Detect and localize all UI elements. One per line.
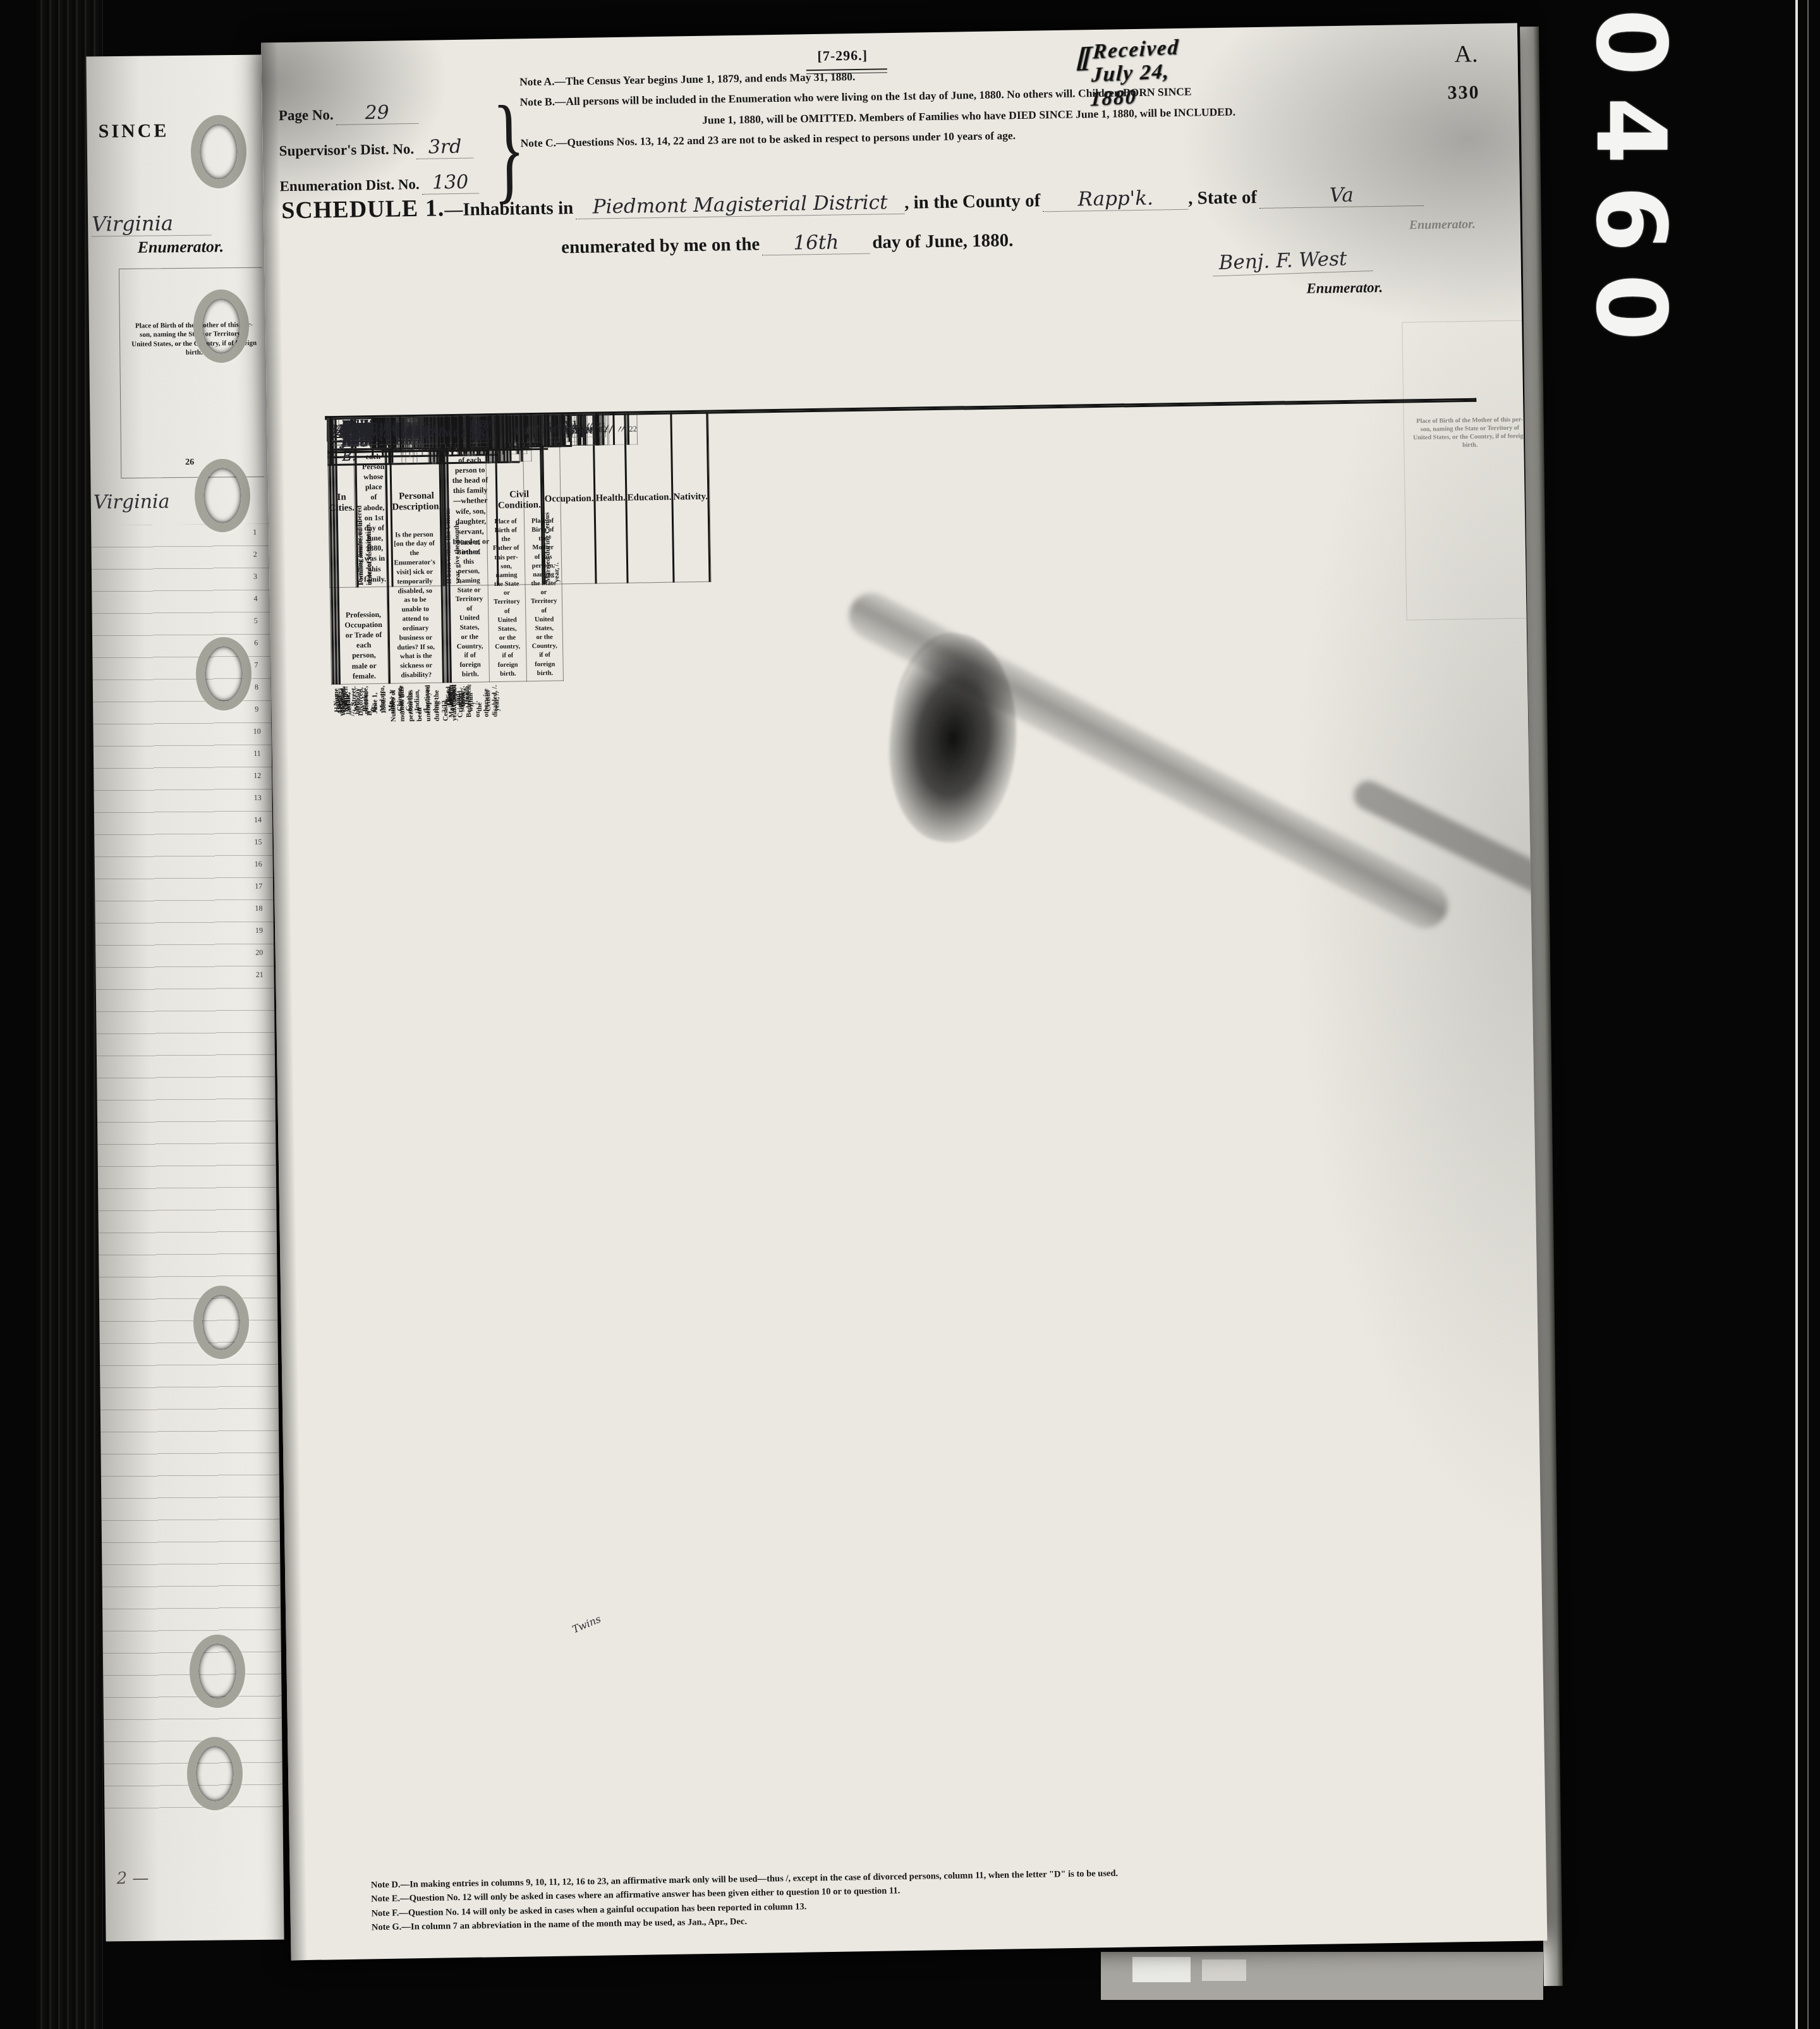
line-number: 45 — [562, 415, 571, 446]
schedule-title: SCHEDULE 1. — [281, 195, 445, 224]
binder-ring — [195, 459, 250, 532]
paper-fragment — [1202, 1959, 1246, 1981]
binder-ring — [196, 637, 252, 710]
enumeration-dist-value: 130 — [422, 171, 479, 194]
cell-sex: F — [413, 417, 422, 451]
footnotes: Note D.—In making entries in columns 9, … — [371, 1863, 1357, 1935]
prev-line-number: 16 — [250, 860, 267, 882]
corner-letter: A. — [1454, 40, 1478, 69]
enumerated-prefix: enumerated by me on the — [561, 234, 760, 257]
page-number-stamp: 330 — [1447, 82, 1480, 104]
prev-page-handwritten-virginia: Virginia — [92, 211, 211, 237]
prev-line-number: 5 — [248, 616, 264, 638]
enumeration-dist-label: Enumeration Dist. No. — [279, 176, 419, 194]
cell-occ: 〃 〃 — [469, 416, 496, 451]
cell-pob: 〃 — [614, 413, 627, 444]
district-handwritten: Piedmont Magisterial District — [576, 191, 905, 219]
film-scratch-line — [1795, 0, 1798, 2029]
binder-ring — [191, 115, 246, 188]
prev-line-number: 20 — [251, 948, 267, 970]
twins-annotation: Twins — [571, 1613, 603, 1636]
prev-line-number: 4 — [247, 594, 264, 616]
line-number: 23 — [596, 414, 605, 437]
schedule-inhabitants-label: —Inhabitants in — [444, 198, 573, 220]
cell-name: Cornelia A. — [331, 417, 400, 453]
cell-pob: 〃 — [547, 415, 561, 446]
microfilm-reel-number: 0460 — [1575, 9, 1687, 628]
cell-age: 12 — [422, 417, 437, 451]
cell-color: W — [400, 417, 413, 451]
county-handwritten: Rapp'k. — [1043, 186, 1189, 212]
enumerated-line: enumerated by me on the 16th day of June… — [561, 228, 1014, 259]
prev-line-number: 14 — [250, 815, 266, 838]
enumerator-signature: Benj. F. West — [1212, 247, 1373, 276]
page-no-label: Page No. — [279, 107, 334, 123]
supervisor-dist-label: Supervisor's Dist. No. — [279, 141, 415, 159]
prev-page-handwritten-virginia: Virginia — [94, 490, 170, 513]
cell-pob: 〃 — [581, 414, 595, 437]
prev-page-since-text: SINCE — [98, 120, 169, 142]
cell-rel: Dau — [437, 416, 461, 451]
binder-ring — [193, 1286, 249, 1359]
enumerated-suffix: day of June, 1880. — [872, 230, 1014, 253]
prev-line-number: 3 — [247, 572, 264, 594]
prev-line-number: 2 — [247, 550, 264, 572]
census-schedule-page: [7-296.] A. [[Received July 24, 1880 330… — [261, 23, 1547, 1961]
pencil-annotation: 2 — — [116, 1869, 149, 1889]
prev-line-number: 18 — [250, 904, 267, 926]
cell-pob: 〃 — [506, 415, 519, 449]
prev-line-number: 13 — [250, 793, 266, 815]
prev-line-number: 10 — [249, 727, 265, 749]
date-handwritten: 16th — [762, 231, 870, 256]
person-row: Cornelia A.WF12Dau/〃 〃〃50 — [327, 415, 531, 453]
prev-line-number: 15 — [250, 838, 266, 860]
previous-page-fragment: SINCE Virginia Enumerator. Place of Birt… — [86, 55, 284, 1942]
prev-line-number: 12 — [249, 771, 265, 793]
prev-line-number: 17 — [250, 882, 267, 904]
page-no-value: 29 — [336, 101, 418, 125]
county-label: , in the County of — [904, 190, 1041, 212]
form-number: [7-296.] — [817, 47, 868, 64]
prev-line-number: 6 — [248, 638, 264, 661]
paper-fragment — [1132, 1957, 1191, 1982]
prev-line-number: 8 — [248, 683, 265, 705]
group-nativity: Nativity. — [671, 412, 710, 582]
enumerator-label: Enumerator. — [1306, 279, 1383, 297]
form-notes: Note A.—The Census Year begins June 1, 1… — [519, 58, 1418, 154]
binder-ring — [190, 1635, 245, 1708]
district-block: Page No. 29 Supervisor's Dist. No. 3rd E… — [278, 90, 533, 202]
film-scratch-line — [1807, 0, 1809, 2029]
line-number: 50 — [521, 415, 530, 449]
prev-line-number: 19 — [251, 926, 267, 948]
binder-ring — [193, 289, 249, 363]
state-handwritten: Va — [1259, 183, 1424, 209]
prev-line-number: 11 — [249, 749, 265, 771]
supervisor-dist-value: 3rd — [416, 136, 474, 159]
census-table: In Cities. Dwelling houses numbered in o… — [325, 398, 1476, 420]
state-label: , State of — [1188, 187, 1257, 209]
line-number: 22 — [628, 413, 638, 444]
prev-page-enumerator-label: Enumerator. — [137, 237, 224, 257]
prev-line-number: 9 — [248, 705, 265, 727]
binder-ring — [187, 1737, 243, 1810]
prev-page-column-box — [119, 267, 264, 478]
bleed-through-enumerator-label: Enumerator. — [1409, 217, 1476, 233]
prev-line-number: 21 — [252, 970, 268, 992]
prev-page-col26-number: 26 — [185, 458, 194, 468]
prev-line-number: 1 — [246, 528, 263, 550]
